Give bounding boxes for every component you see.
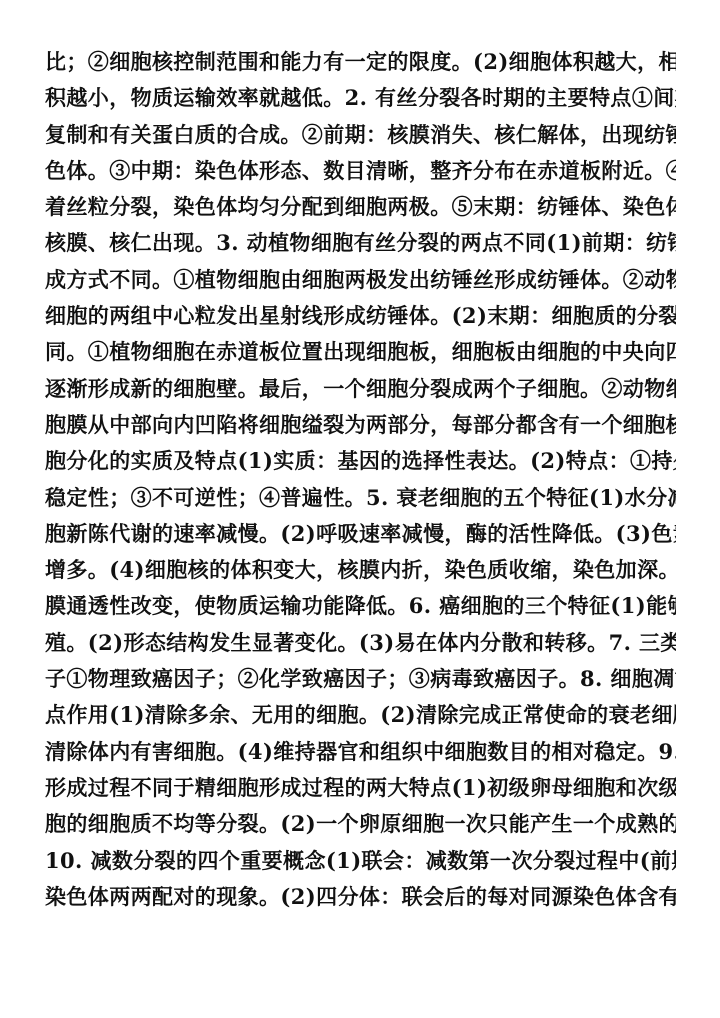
text-line: 核膜、核仁出现。3. 动植物细胞有丝分裂的两点不同(1)前期：纺锤体的形 <box>45 225 676 261</box>
document-body: 比；②细胞核控制范围和能力有一定的限度。(2)细胞体积越大，相对表面 积越小，物… <box>45 44 676 915</box>
text-line: 复制和有关蛋白质的合成。②前期：核膜消失、核仁解体，出现纺锤体、染 <box>45 117 676 153</box>
text-line: 点作用(1)清除多余、无用的细胞。(2)清除完成正常使命的衰老细胞。(3) <box>45 697 676 733</box>
text-line: 细胞的两组中心粒发出星射线形成纺锤体。(2)末期：细胞质的分裂方式不 <box>45 298 676 334</box>
text-line: 胞膜从中部向内凹陷将细胞缢裂为两部分，每部分都含有一个细胞核。4. 细 <box>45 407 676 443</box>
text-line: 胞分化的实质及特点(1)实质：基因的选择性表达。(2)特点：①持久性；② <box>45 443 676 479</box>
text-line: 积越小，物质运输效率就越低。2. 有丝分裂各时期的主要特点①间期：DNA <box>45 80 676 116</box>
text-line: 殖。(2)形态结构发生显著变化。(3)易在体内分散和转移。7. 三类致癌因 <box>45 625 676 661</box>
text-line: 10. 减数分裂的四个重要概念(1)联会：减数第一次分裂过程中(前期)同源 <box>45 843 676 879</box>
text-line: 胞新陈代谢的速率减慢。(2)呼吸速率减慢，酶的活性降低。(3)色素积累、 <box>45 516 676 552</box>
text-line: 清除体内有害细胞。(4)维持器官和组织中细胞数目的相对稳定。9. 卵细胞 <box>45 734 676 770</box>
text-line: 染色体两两配对的现象。(2)四分体：联会后的每对同源染色体含有四条染 <box>45 879 676 915</box>
text-line: 同。①植物细胞在赤道板位置出现细胞板，细胞板由细胞的中央向四周扩展， <box>45 334 676 370</box>
text-line: 形成过程不同于精细胞形成过程的两大特点(1)初级卵母细胞和次级卵母细 <box>45 770 676 806</box>
text-line: 色体。③中期：染色体形态、数目清晰，整齐分布在赤道板附近。④后期： <box>45 153 676 189</box>
text-line: 增多。(4)细胞核的体积变大，核膜内折，染色质收缩，染色加深。(5)细胞 <box>45 552 676 588</box>
text-line: 逐渐形成新的细胞壁。最后，一个细胞分裂成两个子细胞。②动物细胞：细 <box>45 371 676 407</box>
text-line: 膜通透性改变，使物质运输功能降低。6. 癌细胞的三个特征(1)能够无限增 <box>45 588 676 624</box>
text-line: 子①物理致癌因子；②化学致癌因子；③病毒致癌因子。8. 细胞凋亡的四 <box>45 661 676 697</box>
text-line: 胞的细胞质不均等分裂。(2)一个卵原细胞一次只能产生一个成熟的卵细胞。 <box>45 806 676 842</box>
text-line: 成方式不同。①植物细胞由细胞两极发出纺锤丝形成纺锤体。②动物细胞由 <box>45 262 676 298</box>
text-line: 稳定性；③不可逆性；④普遍性。5. 衰老细胞的五个特征(1)水分减少，细 <box>45 480 676 516</box>
text-line: 着丝粒分裂，染色体均匀分配到细胞两极。⑤末期：纺锤体、染色体消失， <box>45 189 676 225</box>
text-line: 比；②细胞核控制范围和能力有一定的限度。(2)细胞体积越大，相对表面 <box>45 44 676 80</box>
